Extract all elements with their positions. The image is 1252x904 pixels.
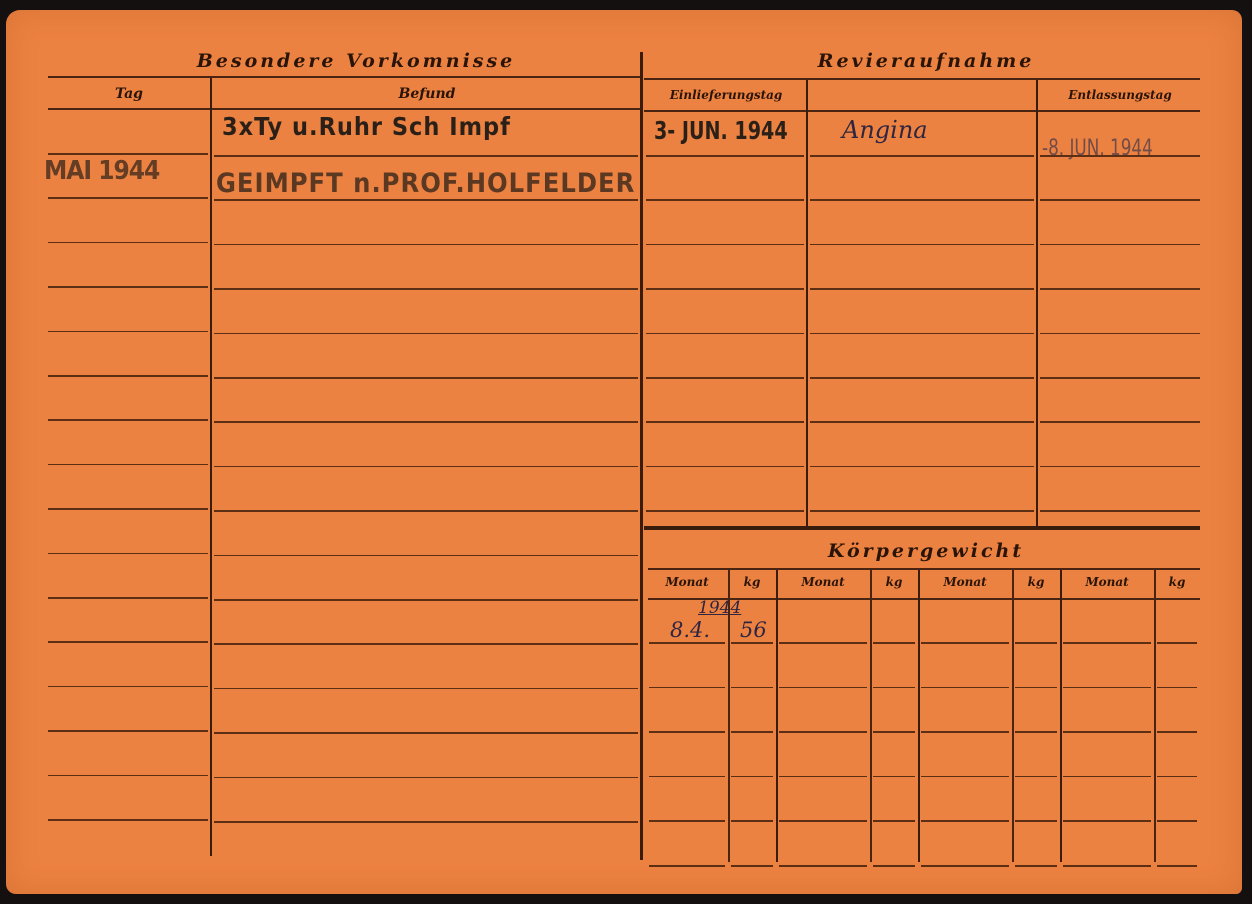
row-line [1040, 421, 1200, 423]
row-line [731, 642, 773, 644]
diagnose-entry: Angina [842, 116, 928, 144]
row-line [921, 687, 1009, 689]
row-line [646, 244, 804, 246]
row-line [649, 687, 725, 689]
einlieferungstag-entry: 3- JUN. 1944 [654, 116, 788, 145]
row-line [921, 642, 1009, 644]
row-line [48, 686, 208, 688]
row-line [1040, 199, 1200, 201]
weight-column-header: Monat [776, 575, 870, 589]
weight-section-top-border [644, 526, 1200, 530]
befund-entry-2: GEIMPFT n.PROF.HOLFELDER [216, 168, 635, 199]
row-line [48, 508, 208, 510]
row-line [214, 821, 638, 823]
column-divider [728, 570, 730, 862]
row-line [810, 244, 1034, 246]
divider [644, 78, 1200, 80]
row-line [646, 199, 804, 201]
row-line [810, 288, 1034, 290]
row-line [48, 197, 208, 199]
row-line [646, 155, 804, 157]
row-line [1015, 731, 1057, 733]
column-divider [1060, 570, 1062, 862]
row-line [921, 865, 1009, 867]
divider [644, 110, 1200, 112]
row-line [1015, 820, 1057, 822]
row-line [1040, 333, 1200, 335]
row-line [214, 244, 638, 246]
row-line [1040, 510, 1200, 512]
row-line [779, 731, 867, 733]
weight-column-header: kg [1154, 575, 1200, 589]
weight-year: 1944 [698, 598, 741, 618]
row-line [646, 466, 804, 468]
record-card: Besondere Vorkomnisse Tag Befund 3xTy u.… [6, 10, 1242, 894]
row-line [810, 466, 1034, 468]
row-line [48, 553, 208, 555]
row-line [1040, 377, 1200, 379]
row-line [810, 421, 1034, 423]
row-line [48, 331, 208, 333]
row-line [1063, 687, 1151, 689]
row-line [214, 643, 638, 645]
row-line [1015, 642, 1057, 644]
row-line [1015, 865, 1057, 867]
weight-column-header: kg [728, 575, 776, 589]
column-divider [918, 570, 920, 862]
row-line [1063, 776, 1151, 778]
row-line [810, 155, 1034, 157]
column-divider [870, 570, 872, 862]
row-line [779, 865, 867, 867]
row-line [1063, 865, 1151, 867]
row-line [873, 820, 915, 822]
weight-column-header: Monat [1060, 575, 1154, 589]
row-line [214, 333, 638, 335]
column-divider [210, 78, 212, 856]
row-line [649, 731, 725, 733]
weight-kg-entry: 56 [740, 618, 767, 642]
row-line [873, 731, 915, 733]
weight-section-title: Körpergewicht [706, 540, 1146, 562]
row-line [779, 642, 867, 644]
row-line [810, 333, 1034, 335]
row-line [921, 731, 1009, 733]
row-line [921, 820, 1009, 822]
row-line [1040, 466, 1200, 468]
row-line [214, 688, 638, 690]
row-line [1157, 820, 1197, 822]
row-line [214, 466, 638, 468]
column-divider [1036, 80, 1038, 526]
tag-entry-2: MAI 1944 [44, 156, 159, 186]
section-divider [640, 52, 643, 860]
row-line [646, 333, 804, 335]
row-line [214, 777, 638, 779]
row-line [48, 242, 208, 244]
row-line [48, 153, 208, 155]
right-section-title: Revieraufnahme [706, 50, 1146, 72]
row-line [48, 464, 208, 466]
row-line [921, 776, 1009, 778]
row-line [810, 377, 1034, 379]
column-header-befund: Befund [212, 86, 642, 102]
row-line [1157, 687, 1197, 689]
row-line [873, 687, 915, 689]
row-line [1040, 155, 1200, 157]
row-line [1157, 776, 1197, 778]
row-line [1063, 642, 1151, 644]
entlassungstag-entry: -8. JUN. 1944 [1042, 136, 1153, 161]
row-line [649, 865, 725, 867]
column-header-entlassungstag: Entlassungstag [1040, 88, 1200, 102]
weight-column-header: kg [870, 575, 918, 589]
divider [48, 108, 642, 110]
row-line [1063, 820, 1151, 822]
weight-column-header: Monat [918, 575, 1012, 589]
row-line [214, 555, 638, 557]
row-line [779, 820, 867, 822]
row-line [1040, 288, 1200, 290]
weight-column-header: kg [1012, 575, 1060, 589]
divider [48, 76, 642, 78]
row-line [649, 642, 725, 644]
row-line [214, 510, 638, 512]
row-line [214, 155, 638, 157]
row-line [779, 687, 867, 689]
row-line [731, 820, 773, 822]
row-line [1015, 687, 1057, 689]
row-line [48, 286, 208, 288]
weight-column-header: Monat [646, 575, 728, 589]
row-line [646, 288, 804, 290]
row-line [873, 776, 915, 778]
row-line [810, 510, 1034, 512]
row-line [214, 199, 638, 201]
row-line [214, 421, 638, 423]
column-divider [1154, 570, 1156, 862]
row-line [649, 776, 725, 778]
row-line [48, 597, 208, 599]
row-line [1063, 731, 1151, 733]
left-section-title: Besondere Vorkomnisse [126, 50, 586, 72]
row-line [48, 730, 208, 732]
row-line [731, 865, 773, 867]
row-line [1157, 642, 1197, 644]
column-divider [1012, 570, 1014, 862]
row-line [214, 599, 638, 601]
column-header-einlieferungstag: Einlieferungstag [644, 88, 808, 102]
row-line [1157, 865, 1197, 867]
row-line [731, 687, 773, 689]
row-line [1157, 731, 1197, 733]
row-line [48, 641, 208, 643]
row-line [873, 865, 915, 867]
row-line [779, 776, 867, 778]
befund-entry-1: 3xTy u.Ruhr Sch Impf [222, 112, 511, 141]
row-line [731, 776, 773, 778]
row-line [731, 731, 773, 733]
row-line [1015, 776, 1057, 778]
row-line [214, 732, 638, 734]
column-divider [806, 80, 808, 526]
row-line [649, 820, 725, 822]
row-line [48, 775, 208, 777]
row-line [646, 510, 804, 512]
divider [648, 568, 1200, 570]
row-line [214, 288, 638, 290]
row-line [48, 419, 208, 421]
row-line [646, 421, 804, 423]
row-line [48, 819, 208, 821]
row-line [214, 377, 638, 379]
row-line [873, 642, 915, 644]
row-line [48, 375, 208, 377]
row-line [646, 377, 804, 379]
column-header-tag: Tag [48, 86, 210, 102]
weight-monat-entry: 8.4. [670, 618, 710, 642]
row-line [810, 199, 1034, 201]
row-line [1040, 244, 1200, 246]
column-divider [776, 570, 778, 862]
